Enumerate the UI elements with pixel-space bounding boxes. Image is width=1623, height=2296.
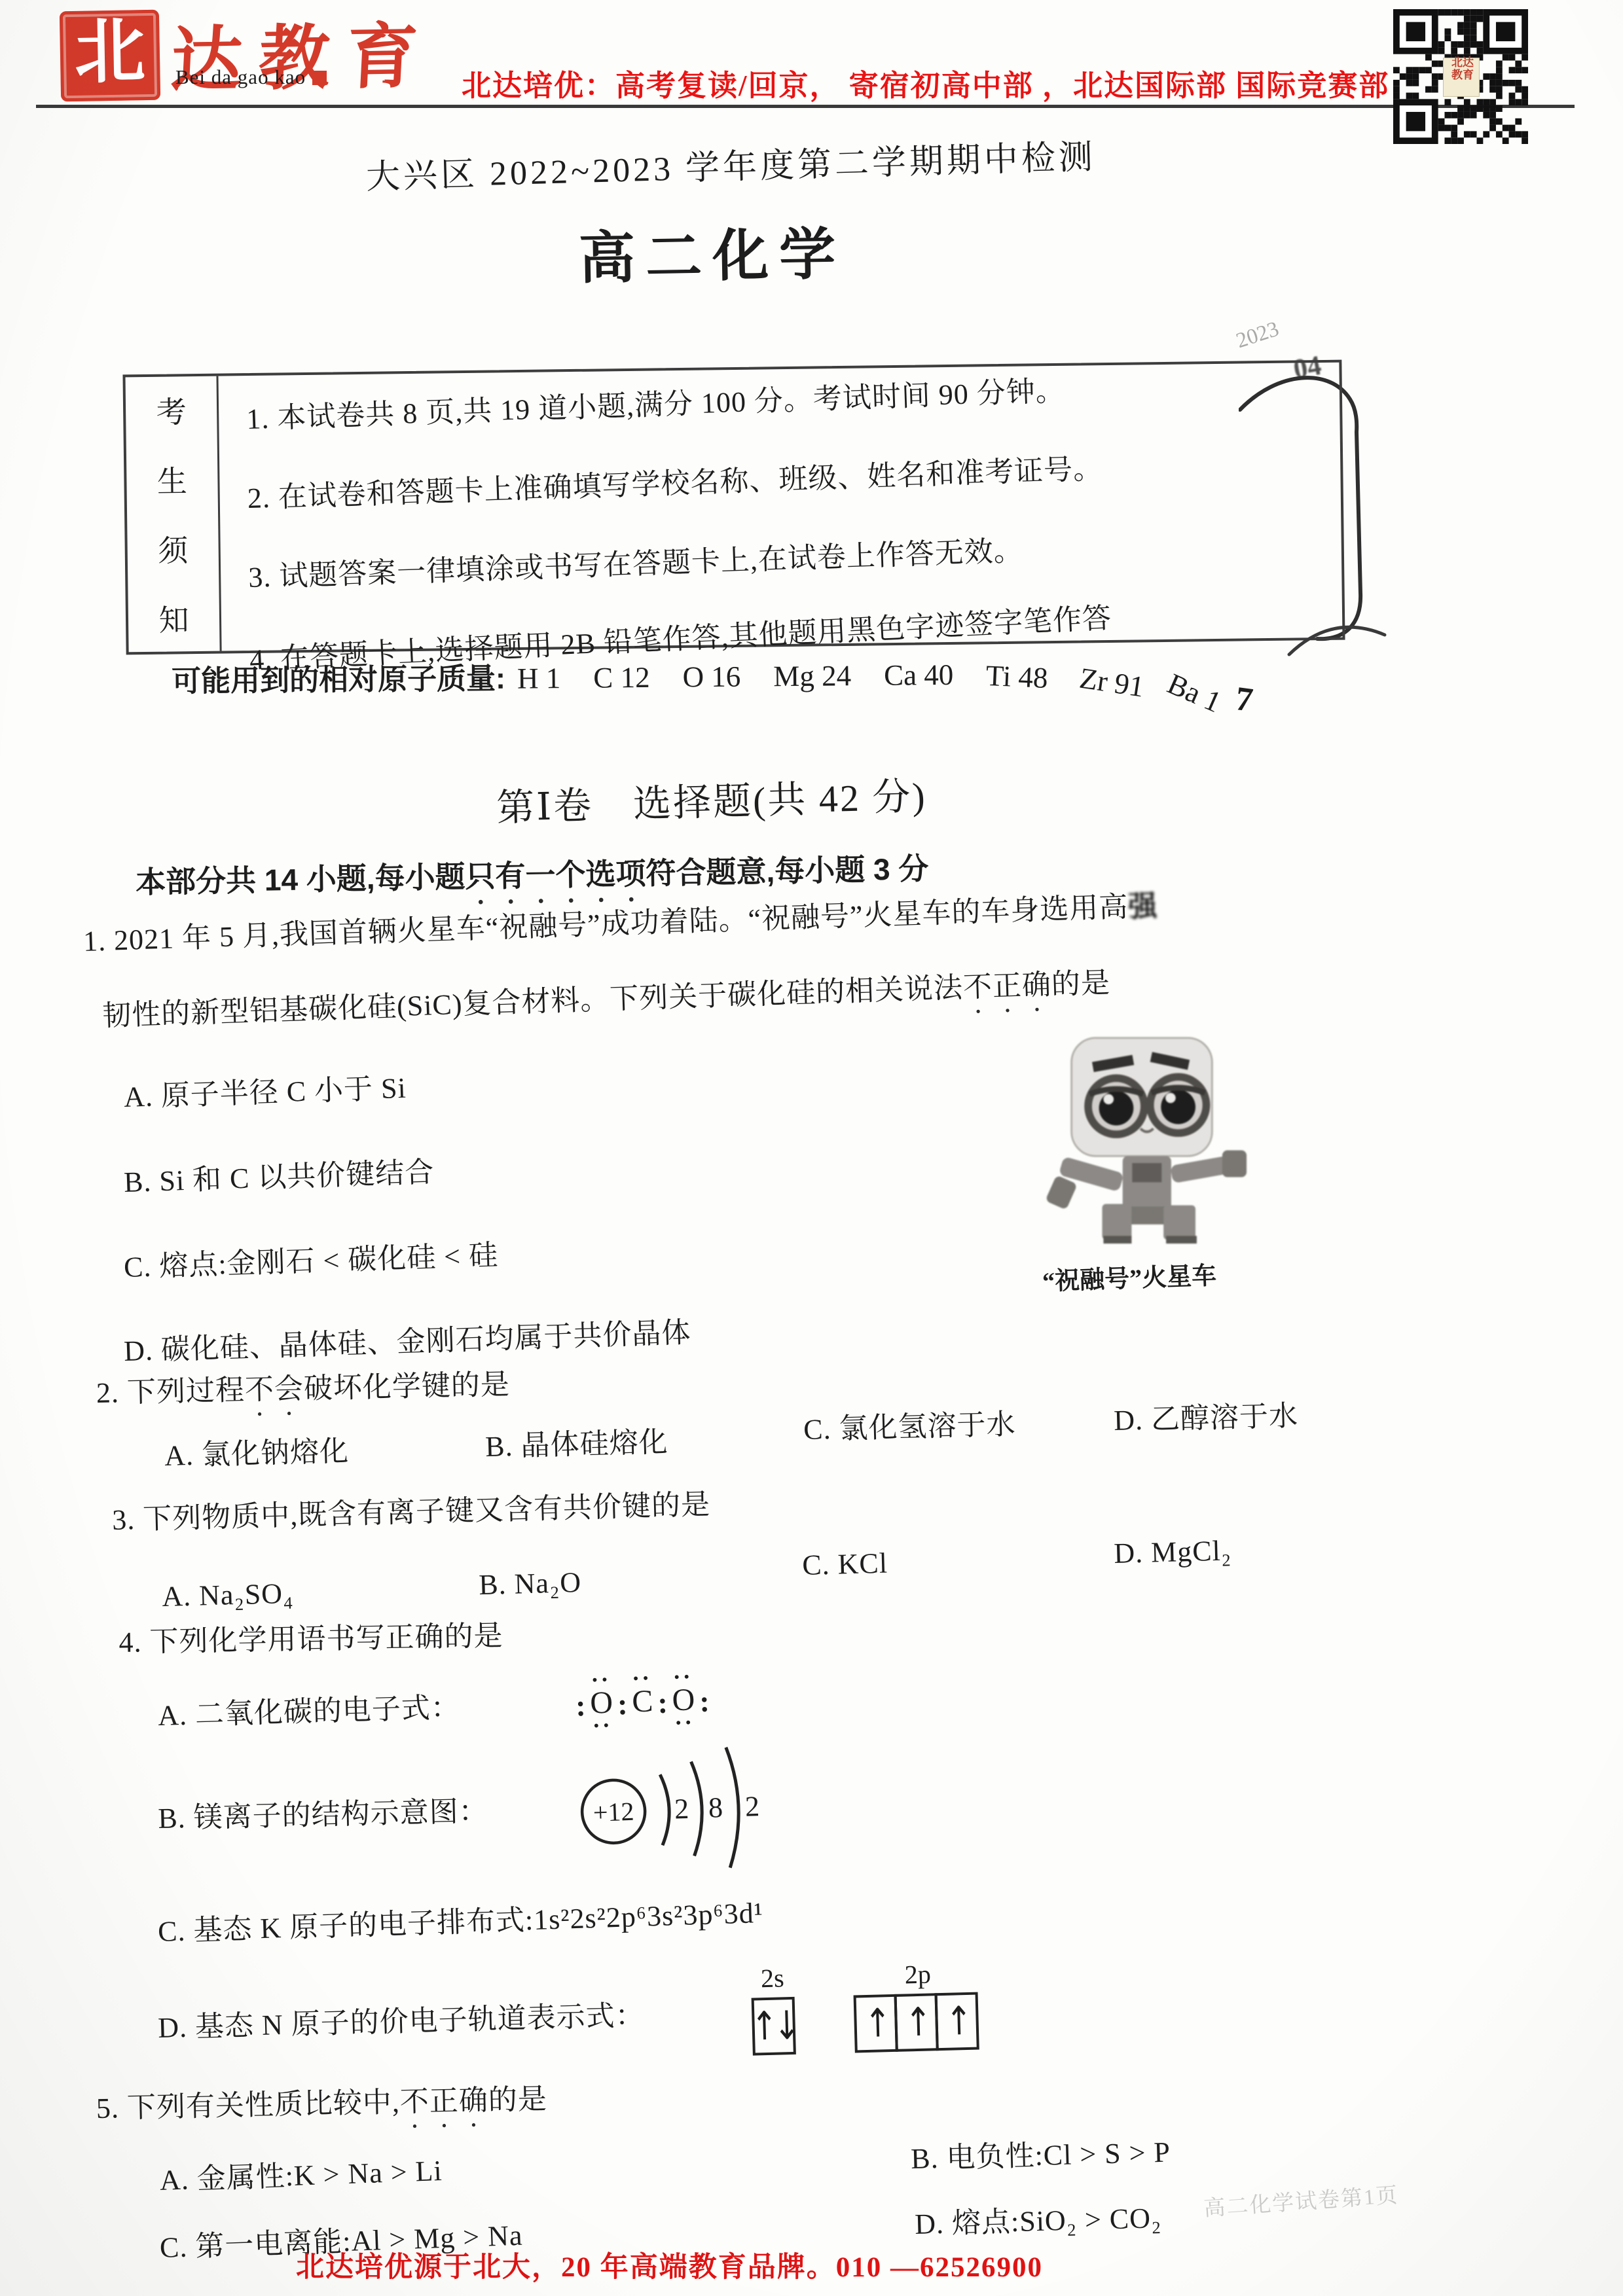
exam-session-title: 大兴区 2022~2023 学年度第二学期期中检测 bbox=[365, 129, 1097, 198]
beida-logo-seal: 北 bbox=[60, 10, 160, 102]
q4-option-b-label: B. 镁离子的结构示意图： bbox=[158, 1787, 489, 1837]
exam-paper-page: 北 达教育 Bei da gao kao 北达培优：高考复读/回京， 寄宿初高中… bbox=[0, 0, 1623, 2296]
atomic-mass-label: 可能用到的相对原子质量: bbox=[172, 662, 505, 698]
orbital-box-2p3: ↑ bbox=[935, 1992, 979, 2051]
seal-character: 北 bbox=[74, 17, 146, 89]
orbital-box-2p1: ↑ bbox=[854, 1994, 898, 2053]
lewis-atom-c: ·· C ·· bbox=[631, 1672, 654, 1731]
header-slogan: 北达培优：高考复读/回京， 寄宿初高中部 ，北达国际部 国际竞赛部 bbox=[462, 62, 1389, 104]
q1-option-d: D. 碳化硅、晶体硅、金刚石均属于共价晶体 bbox=[123, 1308, 691, 1369]
q5-option-d: D. 熔点:SiO₂ > CO₂ bbox=[914, 2194, 1162, 2242]
q5-option-a: A. 金属性:K > Na > Li bbox=[159, 2147, 443, 2198]
q5-stem: 5. 下列有关性质比较中,不正确的是 bbox=[96, 2075, 548, 2141]
red-square-icon bbox=[312, 71, 327, 85]
q1-stem-line2: 韧性的新型铝基碳化硅(SiC)复合材料。下列关于碳化硅的相关说法不正确的是 bbox=[101, 959, 1111, 1049]
q2-option-d: D. 乙醇溶于水 bbox=[1113, 1392, 1298, 1439]
n-valence-orbital-diagram: 2s 2p ↑↓ ↑ ↑ ↑ bbox=[750, 1957, 985, 2055]
examinee-notice-box: 考 生 须 知 1. 本试卷共 8 页,共 19 道小题,满分 100 分。考试… bbox=[122, 360, 1345, 655]
date-stamp-year: 2023 bbox=[1233, 317, 1282, 354]
q3-option-a: A. Na₂SO₄ bbox=[162, 1577, 294, 1613]
co2-electron-dot-formula: : ·· O ·· : ·· C ·· : ·· O ·· : bbox=[570, 1670, 716, 1733]
notice-item: 1. 本试卷共 8 页,共 19 道小题,满分 100 分。考试时间 90 分钟… bbox=[246, 357, 1340, 437]
q2-option-c: C. 氯化氢溶于水 bbox=[803, 1401, 1016, 1448]
rover-image-caption: “祝融号”火星车 bbox=[1042, 1255, 1217, 1297]
q3-option-c: C. KCl bbox=[802, 1547, 888, 1582]
q3-stem: 3. 下列物质中,既含有离子键又含有共价键的是 bbox=[111, 1480, 710, 1538]
svg-text:8: 8 bbox=[708, 1791, 723, 1824]
q4-option-d-label: D. 基态 N 原子的价电子轨道表示式： bbox=[157, 1992, 645, 2046]
q5-option-b: B. 电负性:Cl > S > P bbox=[910, 2128, 1171, 2177]
notice-side-label: 考 生 须 知 bbox=[126, 376, 222, 653]
mg-ion-shell-diagram: +12 2 8 2 bbox=[575, 1732, 795, 1883]
notice-item: 2. 在试卷和答题卡上准确填写学校名称、班级、姓名和准考证号。 bbox=[247, 437, 1341, 516]
orbital-labels: 2s 2p bbox=[750, 1957, 983, 1994]
svg-text:2: 2 bbox=[674, 1793, 689, 1825]
atomic-mass-cutoff: 7 bbox=[1233, 679, 1255, 720]
q4-option-a-label: A. 二氧化碳的电子式： bbox=[157, 1683, 460, 1734]
q3-option-d: D. MgCl₂ bbox=[1114, 1534, 1232, 1570]
header-divider bbox=[36, 105, 1575, 108]
zhurong-rover-image bbox=[1020, 1033, 1264, 1244]
q1-option-a: A. 原子半径 C 小于 Si bbox=[123, 1064, 407, 1115]
orbital-boxes-2p: ↑ ↑ ↑ bbox=[854, 1992, 979, 2053]
q2-stem: 2. 下列过程不会破坏化学键的是 bbox=[96, 1361, 511, 1426]
q2-option-a: A. 氯化钠熔化 bbox=[164, 1427, 349, 1474]
notice-item: 3. 试题答案一律填涂或书写在答题卡上,在试卷上作答无效。 bbox=[247, 516, 1341, 596]
brand-calligraphy: 达教育 bbox=[169, 0, 438, 105]
footer-promo: 北达培优源于北大，20 年高端教育品牌。010 —62526900 bbox=[296, 2245, 1043, 2285]
lewis-atom-o-left: ·· O ·· bbox=[589, 1674, 614, 1732]
q1-cutoff-char: 强 bbox=[1128, 890, 1159, 923]
atomic-mass-line: 可能用到的相对原子质量: H 1 C 12 O 16 Mg 24 Ca 40 T… bbox=[172, 648, 1257, 700]
q2-option-b: B. 晶体硅熔化 bbox=[484, 1418, 668, 1465]
section1-title: 第Ⅰ卷 选择题(共 42 分) bbox=[496, 765, 928, 832]
notice-items: 1. 本试卷共 8 页,共 19 道小题,满分 100 分。考试时间 90 分钟… bbox=[218, 363, 1342, 651]
page-number-label: 高二化学试卷第1页 bbox=[1203, 2178, 1400, 2223]
lewis-atom-o-right: ·· O ·· bbox=[671, 1671, 696, 1729]
orbital-boxes: ↑↓ ↑ ↑ ↑ bbox=[752, 1992, 985, 2055]
brand-subtitle: Bei da gao kao bbox=[175, 65, 327, 89]
q1-option-b: B. Si 和 C 以共价键结合 bbox=[123, 1148, 435, 1200]
orbital-box-2s: ↑↓ bbox=[752, 1997, 796, 2056]
svg-text:+12: +12 bbox=[593, 1797, 634, 1827]
q3-option-b: B. Na₂O bbox=[479, 1566, 582, 1602]
q1-option-c: C. 熔点:金刚石 < 碳化硅 < 硅 bbox=[123, 1231, 499, 1285]
svg-text:2: 2 bbox=[744, 1790, 760, 1823]
q4-stem: 4. 下列化学用语书写正确的是 bbox=[119, 1612, 503, 1660]
q4-option-c: C. 基态 K 原子的电子排布式:1s²2s²2p⁶3s²3p⁶3d¹ bbox=[157, 1889, 764, 1950]
subject-title: 高二化学 bbox=[578, 208, 847, 294]
qr-center-label: 北达 教育 bbox=[1444, 56, 1481, 81]
orbital-box-2p2: ↑ bbox=[894, 1993, 939, 2052]
rover-illustration bbox=[1020, 1033, 1264, 1244]
